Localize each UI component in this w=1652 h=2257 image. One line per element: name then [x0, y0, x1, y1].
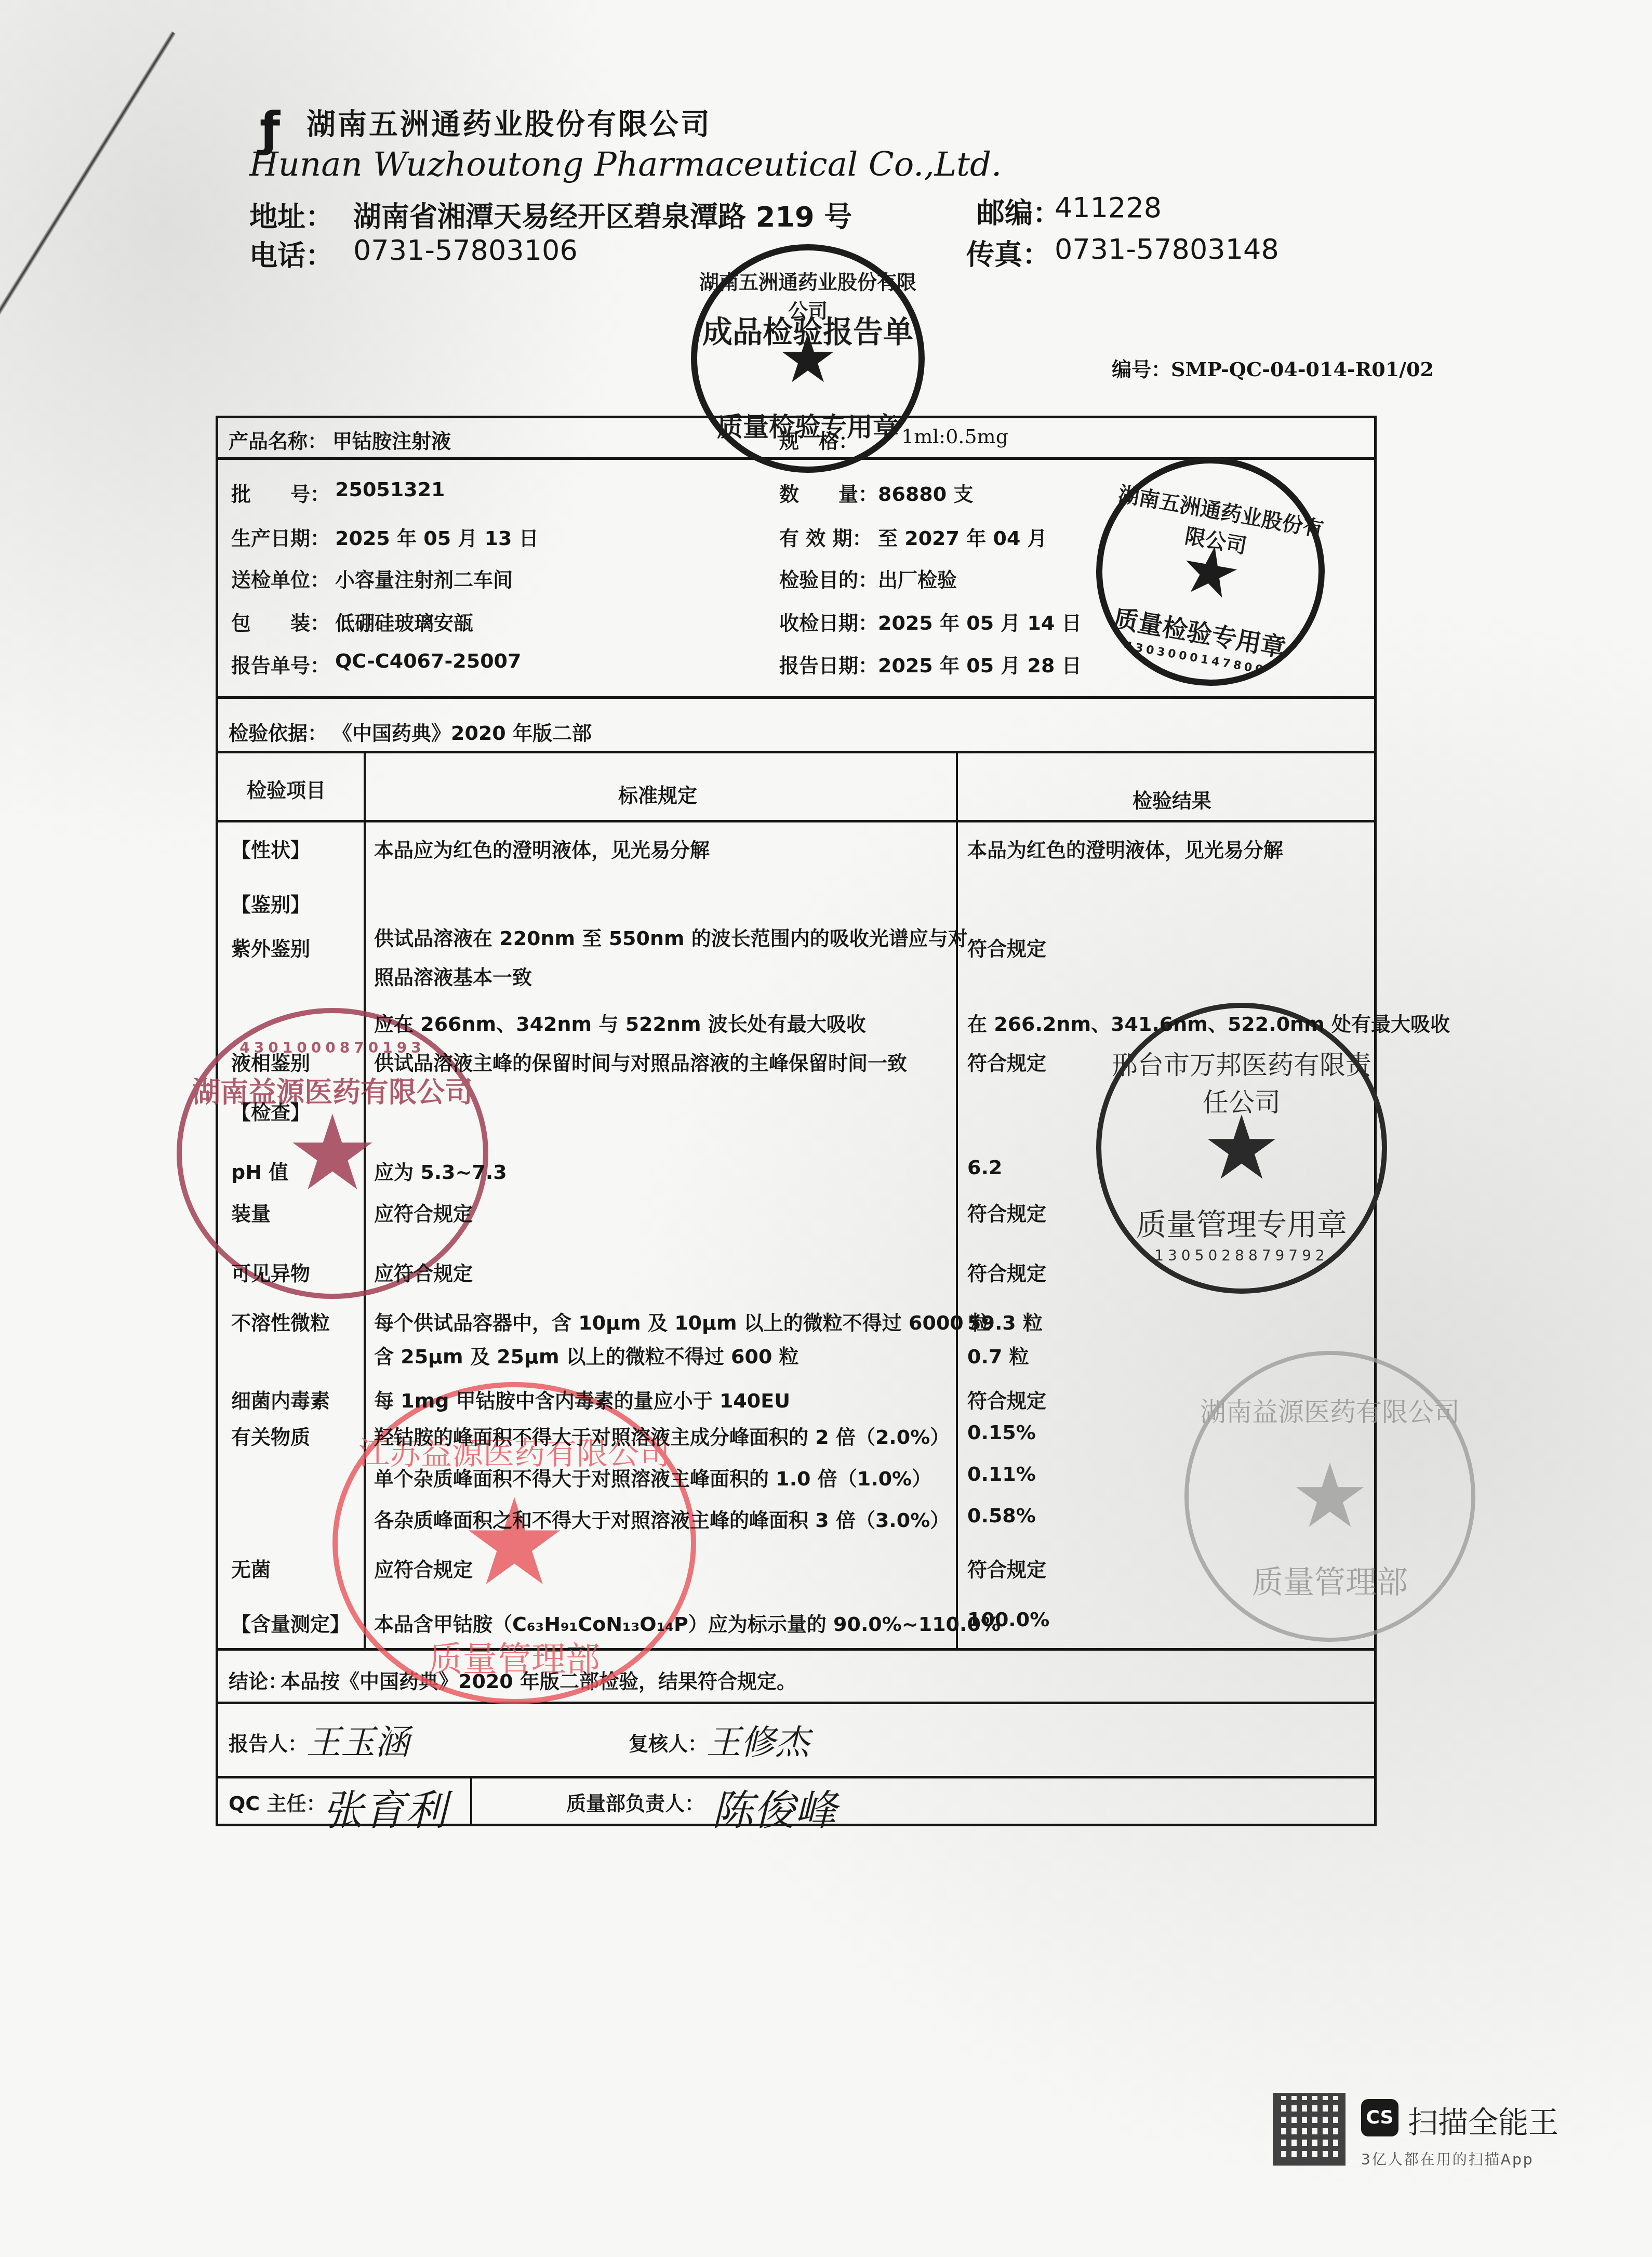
row-item: 【检查】	[231, 1096, 310, 1125]
row-item: 液相鉴别	[231, 1047, 310, 1076]
row-result: 符合规定	[967, 1385, 1046, 1413]
stamp-center-text: 成品检验报告单	[697, 308, 918, 351]
info-value: 86880 支	[878, 478, 973, 507]
document-number: 编号：SMP-QC-04-014-R01/02	[1112, 353, 1434, 382]
divider	[216, 696, 1377, 699]
row-result: 0.11%	[967, 1463, 1036, 1485]
document-number-label: 编号：	[1112, 357, 1171, 381]
camscanner-tagline: 3亿人都在用的扫描App	[1361, 2148, 1534, 2169]
info-label: 生产日期：	[231, 522, 330, 551]
row-item: 有关物质	[231, 1421, 310, 1450]
row-result: 符合规定	[967, 1047, 1046, 1076]
stamp-serial: 1305028879792	[1101, 1247, 1382, 1264]
row-standard: 应符合规定	[374, 1198, 473, 1226]
row-standard: 应为 5.3~7.3	[374, 1156, 507, 1185]
stamp-faded-quality: ★ 湖南益源医药有限公司 质量管理部	[1184, 1351, 1475, 1642]
row-item: 无菌	[231, 1554, 271, 1582]
basis-value: 《中国药典》2020 年版二部	[332, 717, 592, 746]
info-label: 检验目的：	[779, 564, 878, 592]
camscanner-logo-icon: CS	[1361, 2099, 1398, 2136]
info-value: 低硼硅玻璃安瓿	[335, 607, 473, 635]
info-value: 出厂检验	[878, 564, 957, 592]
info-label: 收检日期：	[779, 607, 878, 635]
qc-head-signature: 张育利	[322, 1777, 447, 1837]
reporter-label: 报告人：	[229, 1728, 308, 1756]
camscanner-app-name: 扫描全能王	[1408, 2098, 1558, 2142]
divider	[216, 820, 1377, 822]
row-standard: 供试品溶液主峰的保留时间与对照品溶液的主峰保留时间一致	[374, 1047, 907, 1076]
info-label: 有 效 期：	[779, 522, 872, 551]
fax-label: 传真：	[966, 233, 1050, 273]
row-standard: 各杂质峰面积之和不得大于对照溶液主峰的峰面积 3 倍（3.0%）	[374, 1504, 950, 1533]
info-value: 小容量注射剂二车间	[335, 564, 513, 592]
fax-value: 0731-57803148	[1055, 233, 1279, 265]
row-standard: 应符合规定	[374, 1554, 473, 1582]
info-value: 2025 年 05 月 14 日	[878, 607, 1082, 635]
product-name-value: 甲钴胺注射液	[332, 425, 451, 454]
row-standard: 本品应为红色的澄明液体，见光易分解	[374, 834, 710, 862]
document-number-value: SMP-QC-04-014-R01/02	[1171, 357, 1434, 381]
row-result: 100.0%	[967, 1608, 1049, 1631]
qa-head-label: 质量部负责人：	[566, 1787, 704, 1816]
qc-head-label: QC 主任：	[229, 1787, 326, 1816]
row-item: 【性状】	[231, 834, 310, 862]
postcode-value: 411228	[1055, 191, 1162, 224]
row-item: 细菌内毒素	[231, 1385, 330, 1413]
info-value: 至 2027 年 04 月	[878, 522, 1047, 551]
info-value: 2025 年 05 月 28 日	[878, 649, 1082, 678]
row-result: 符合规定	[967, 1198, 1046, 1226]
company-name-cn: 湖南五洲通药业股份有限公司	[307, 101, 712, 143]
row-result: 0.58%	[967, 1504, 1036, 1527]
column-divider	[470, 1776, 472, 1826]
stamp-outer-text: 邢台市万邦医药有限责任公司	[1101, 1044, 1382, 1119]
company-name-en: Hunan Wuzhoutong Pharmaceutical Co.,Ltd.	[249, 145, 1002, 184]
row-result: 本品为红色的澄明液体，见光易分解	[967, 834, 1283, 862]
phone-value: 0731-57803106	[353, 234, 578, 267]
column-header-standard: 标准规定	[618, 779, 697, 808]
address-value: 湖南省湘潭天易经开区碧泉潭路 219 号	[353, 195, 852, 235]
stamp-outer-text: 湖南益源医药有限公司	[1189, 1391, 1471, 1429]
stamp-bottom-text: 质量管理部	[1189, 1558, 1471, 1602]
star-icon: ★	[1290, 1452, 1369, 1541]
divider	[216, 751, 1377, 753]
row-result: 0.7 粒	[967, 1340, 1029, 1369]
row-standard: 含 25μm 及 25μm 以上的微粒不得过 600 粒	[374, 1340, 799, 1369]
postcode-label: 邮编：	[977, 191, 1061, 231]
stamp-bottom-text: 质量管理专用章	[1101, 1200, 1382, 1244]
info-label: 包 装：	[231, 607, 330, 635]
row-standard: 本品含甲钴胺（C₆₃H₉₁CoN₁₃O₁₄P）应为标示量的 90.0%~110.…	[374, 1608, 1001, 1637]
row-item: 可见异物	[231, 1257, 310, 1286]
row-result: 59.3 粒	[967, 1307, 1043, 1335]
stamp-report-seal: ★ 湖南五洲通药业股份有限公司 成品检验报告单 质量检验专用章	[691, 244, 925, 473]
row-item: 装量	[231, 1198, 271, 1226]
row-standard: 每个供试品容器中，含 10μm 及 10μm 以上的微粒不得过 6000 粒	[374, 1307, 990, 1335]
info-label: 报告日期：	[779, 649, 878, 678]
product-name-label: 产品名称：	[229, 425, 327, 454]
address-label: 地址：	[249, 195, 334, 235]
info-label: 数 量：	[779, 478, 878, 507]
phone-label: 电话：	[249, 234, 334, 274]
qr-code-icon	[1273, 2093, 1345, 2166]
row-result: 0.15%	[967, 1421, 1036, 1444]
row-result: 6.2	[967, 1156, 1002, 1179]
stamp-wanbang-quality: ★ 邢台市万邦医药有限责任公司 质量管理专用章 1305028879792	[1096, 1003, 1387, 1294]
row-item: pH 值	[231, 1156, 288, 1185]
column-divider	[956, 751, 958, 1650]
row-item: 不溶性微粒	[231, 1307, 330, 1335]
stamp-outer-text: 湖南益源医药有限公司	[182, 1070, 483, 1110]
conclusion-label: 结论：	[229, 1665, 288, 1694]
column-header-result: 检验结果	[1133, 785, 1211, 813]
row-standard: 每 1mg 甲钴胺中含内毒素的量应小于 140EU	[374, 1385, 790, 1413]
row-standard: 单个杂质峰面积不得大于对照溶液主峰面积的 1.0 倍（1.0%）	[374, 1463, 931, 1491]
row-standard: 羟钴胺的峰面积不得大于对照溶液主成分峰面积的 2 倍（2.0%）	[374, 1421, 950, 1450]
info-value: 2025 年 05 月 13 日	[335, 522, 539, 551]
row-result: 符合规定	[967, 1257, 1046, 1286]
row-item: 【鉴别】	[231, 888, 310, 917]
row-standard: 照品溶液基本一致	[374, 961, 532, 990]
row-standard: 应在 266nm、342nm 与 522nm 波长处有最大吸收	[374, 1008, 866, 1037]
info-label: 送检单位：	[231, 564, 330, 592]
row-result: 在 266.2nm、341.6nm、522.0nm 处有最大吸收	[967, 1008, 1450, 1037]
info-value: 25051321	[335, 478, 445, 501]
row-item: 紫外鉴别	[231, 933, 310, 961]
divider	[216, 1702, 1377, 1704]
star-icon: ★	[461, 1483, 568, 1603]
reviewer-signature: 王修杰	[707, 1715, 809, 1764]
stamp-bottom-text: 质量管理部	[338, 1631, 691, 1681]
info-label: 报告单号：	[231, 649, 330, 678]
info-value: QC-C4067-25007	[335, 649, 521, 672]
row-standard: 应符合规定	[374, 1257, 473, 1286]
row-item: 【含量测定】	[231, 1608, 350, 1637]
reviewer-label: 复核人：	[629, 1728, 708, 1756]
qa-head-signature: 陈俊峰	[712, 1777, 836, 1837]
row-standard: 供试品溶液在 220nm 至 550nm 的波长范围内的吸收光谱应与对	[374, 922, 968, 951]
reporter-signature: 王玉涵	[307, 1715, 409, 1764]
info-label: 批 号：	[231, 478, 330, 507]
stamp-bottom-text: 质量检验专用章	[697, 406, 918, 444]
row-result: 符合规定	[967, 933, 1046, 961]
row-result: 符合规定	[967, 1554, 1046, 1582]
basis-label: 检验依据：	[229, 717, 327, 746]
column-header-item: 检验项目	[247, 774, 326, 803]
